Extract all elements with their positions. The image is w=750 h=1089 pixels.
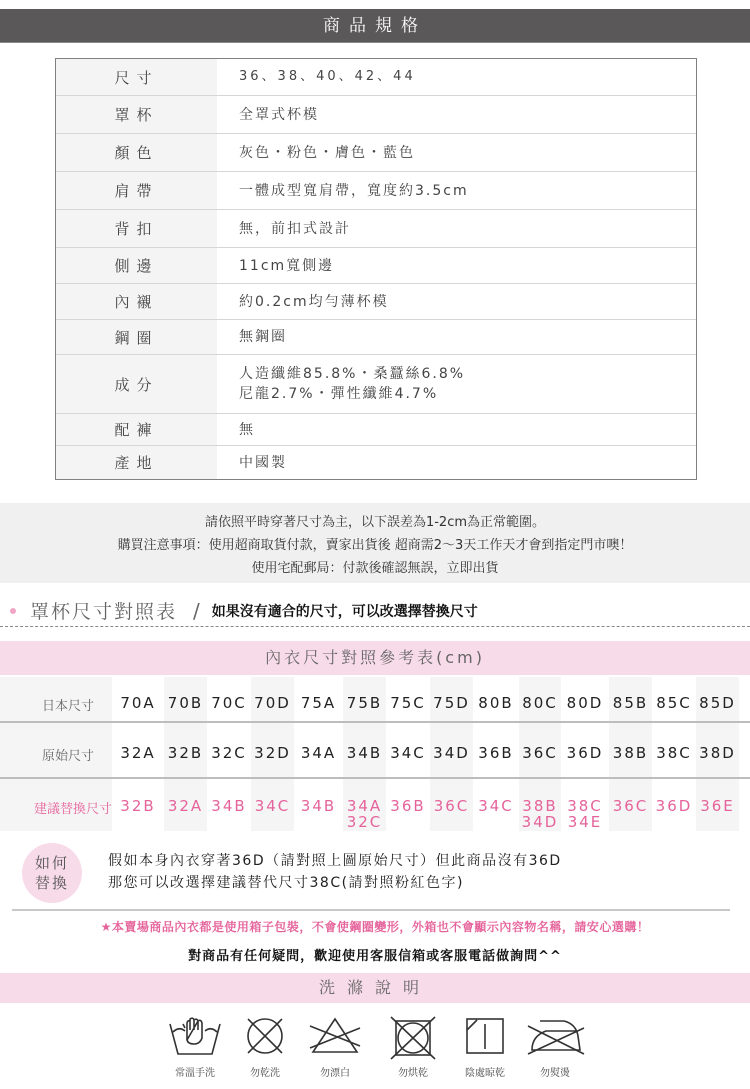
size-cell: 34C: [251, 798, 294, 814]
no-iron-icon: [524, 1016, 586, 1056]
size-cell: 34A 32C: [343, 798, 386, 830]
table-row-japan: 日本尺寸 70A70B70C70D75A75B75C75D80B80C80D85…: [0, 677, 750, 723]
size-cell: 70B: [164, 695, 207, 711]
packaging-note: ★本賣場商品內衣都是使用箱子包裝，不會使鋼圈變形，外箱也不會顯示內容物名稱，請安…: [0, 918, 750, 935]
spec-value: 無，前扣式設計: [217, 210, 696, 247]
size-cell: 85C: [652, 695, 696, 711]
size-section-header: 罩杯尺寸對照表 / 如果沒有適合的尺寸，可以改選擇替換尺寸: [0, 595, 750, 627]
size-cell: 36B: [386, 798, 430, 814]
spec-label: 側邊: [56, 248, 217, 283]
spec-label: 內襯: [56, 284, 217, 319]
size-cell: 32C: [207, 745, 251, 761]
size-cell: 34B: [207, 798, 251, 814]
size-cell: 85D: [696, 695, 739, 711]
size-cell: 32D: [251, 745, 294, 761]
size-cell: 34B: [343, 745, 386, 761]
spec-label: 成分: [56, 355, 217, 413]
size-chart-title: 內衣尺寸對照參考表(cm): [0, 641, 750, 675]
spec-header: 商品規格: [0, 9, 750, 43]
spec-label: 鋼圈: [56, 320, 217, 354]
how-to-replace-text: 假如本身內衣穿著36D（請對照上圖原始尺寸）但此商品沒有36D 那您可以改選擇建…: [108, 850, 562, 894]
spec-row-material: 成分 人造纖維85.8%・桑蠶絲6.8% 尼龍2.7%・彈性纖維4.7%: [56, 355, 696, 414]
size-cell: 34C: [473, 798, 519, 814]
size-cell: 75B: [343, 695, 386, 711]
size-cell: 70A: [112, 695, 164, 711]
notice-line-1: 請依照平時穿著尺寸為主，以下誤差為1-2cm為正常範圍。: [0, 511, 750, 534]
size-chart-table: 日本尺寸 70A70B70C70D75A75B75C75D80B80C80D85…: [0, 677, 750, 831]
how-to-replace-badge: 如何 替換: [22, 843, 82, 903]
size-cell: 36C: [430, 798, 473, 814]
bullet-dot-icon: [10, 608, 16, 614]
washing-icons: 常溫手洗 勿乾洗 勿漂白 勿烘乾 陰處晾乾 勿: [160, 1016, 590, 1086]
spec-label: 肩帶: [56, 172, 217, 209]
spec-row-clasp: 背扣 無，前扣式設計: [56, 210, 696, 248]
section-subtitle: 如果沒有適合的尺寸，可以改選擇替換尺寸: [212, 601, 478, 621]
no-bleach-icon: [307, 1016, 363, 1056]
wash-item-no-bleach: 勿漂白: [300, 1016, 370, 1079]
row-label: 日本尺寸: [0, 695, 112, 714]
notice-line-2: 購買注意事項：使用超商取貨付款，賣家出貨後 超商需2～3天工作天才會到指定門市噢…: [0, 534, 750, 557]
size-cell: 36C: [609, 798, 652, 814]
size-cell: 70D: [251, 695, 294, 711]
row-label: 建議替換尺寸: [0, 798, 118, 817]
spec-row-panty: 配褲 無: [56, 414, 696, 446]
wash-item-hand-wash: 常溫手洗: [160, 1016, 230, 1079]
size-cell: 34A: [294, 745, 343, 761]
spec-row-color: 顏色 灰色・粉色・膚色・藍色: [56, 134, 696, 172]
spec-value: 11cm寬側邊: [217, 248, 696, 283]
spec-value: 中國製: [217, 446, 696, 479]
wash-item-shade-dry: 陰處晾乾: [450, 1016, 520, 1079]
size-cell: 80C: [519, 695, 561, 711]
spec-value: 人造纖維85.8%・桑蠶絲6.8% 尼龍2.7%・彈性纖維4.7%: [217, 355, 696, 413]
size-cell: 75D: [430, 695, 473, 711]
size-cell: 38D: [696, 745, 739, 761]
spec-label: 罩杯: [56, 96, 217, 133]
spec-row-side: 側邊 11cm寬側邊: [56, 248, 696, 284]
size-cell: 32A: [164, 798, 207, 814]
spec-value: 全罩式杯模: [217, 96, 696, 133]
size-cell: 75C: [386, 695, 430, 711]
spec-row-origin: 產地 中國製: [56, 446, 696, 479]
washing-title: 洗滌說明: [0, 973, 750, 1003]
spec-value: 36、38、40、42、44: [217, 59, 696, 95]
size-cell: 36D: [652, 798, 696, 814]
table-row-suggested: 建議替換尺寸 32B32A34B34C34B34A 32C36B36C34C38…: [0, 781, 750, 831]
size-cell: 32B: [112, 798, 164, 814]
size-cell: 70C: [207, 695, 251, 711]
spec-label: 尺寸: [56, 59, 217, 95]
section-title: 罩杯尺寸對照表: [30, 597, 177, 624]
spec-row-cup: 罩杯 全罩式杯模: [56, 96, 696, 134]
size-cell: 32B: [164, 745, 207, 761]
spec-row-strap: 肩帶 一體成型寬肩帶，寬度約3.5cm: [56, 172, 696, 210]
section-separator: /: [193, 599, 200, 623]
size-cell: 38B: [609, 745, 652, 761]
size-cell: 36D: [561, 745, 609, 761]
spec-row-lining: 內襯 約0.2cm均勻薄杯模: [56, 284, 696, 320]
size-cell: 85B: [609, 695, 652, 711]
size-cell: 38C 34E: [561, 798, 609, 830]
size-cell: 36B: [473, 745, 519, 761]
wash-item-no-dry-clean: 勿乾洗: [230, 1016, 300, 1079]
size-cell: 32A: [112, 745, 164, 761]
row-label: 原始尺寸: [0, 745, 112, 764]
wash-item-no-tumble-dry: 勿烘乾: [378, 1016, 448, 1079]
spec-value: 無: [217, 414, 696, 445]
size-cell: 75A: [294, 695, 343, 711]
spec-label: 產地: [56, 446, 217, 479]
spec-value: 約0.2cm均勻薄杯模: [217, 284, 696, 319]
contact-note: 對商品有任何疑問，歡迎使用客服信箱或客服電話做詢問^^: [0, 945, 750, 964]
spec-row-wire: 鋼圈 無鋼圈: [56, 320, 696, 355]
shade-dry-icon: [462, 1016, 508, 1056]
spec-row-size: 尺寸 36、38、40、42、44: [56, 59, 696, 96]
size-cell: 34D: [430, 745, 473, 761]
spec-table: 尺寸 36、38、40、42、44 罩杯 全罩式杯模 顏色 灰色・粉色・膚色・藍…: [55, 58, 697, 480]
size-cell: 36C: [519, 745, 561, 761]
size-cell: 36E: [696, 798, 739, 814]
purchase-notice: 請依照平時穿著尺寸為主，以下誤差為1-2cm為正常範圍。 購買注意事項：使用超商…: [0, 503, 750, 583]
spec-value: 一體成型寬肩帶，寬度約3.5cm: [217, 172, 696, 209]
spec-label: 背扣: [56, 210, 217, 247]
size-cell: 34C: [386, 745, 430, 761]
wash-item-no-iron: 勿熨燙: [520, 1016, 590, 1079]
size-cell: 38B 34D: [519, 798, 561, 830]
notice-line-3: 使用宅配郵局：付款後確認無誤，立即出貨: [0, 557, 750, 580]
spec-label: 顏色: [56, 134, 217, 171]
size-cell: 34B: [294, 798, 343, 814]
table-row-original: 原始尺寸 32A32B32C32D34A34B34C34D36B36C36D38…: [0, 725, 750, 779]
no-tumble-dry-icon: [388, 1016, 438, 1060]
hand-wash-icon: [167, 1016, 223, 1056]
spec-value: 無鋼圈: [217, 320, 696, 354]
size-cell: 80D: [561, 695, 609, 711]
no-dry-clean-icon: [242, 1016, 288, 1056]
size-cell: 80B: [473, 695, 519, 711]
spec-value: 灰色・粉色・膚色・藍色: [217, 134, 696, 171]
spec-label: 配褲: [56, 414, 217, 445]
divider: [12, 909, 730, 911]
size-cell: 38C: [652, 745, 696, 761]
